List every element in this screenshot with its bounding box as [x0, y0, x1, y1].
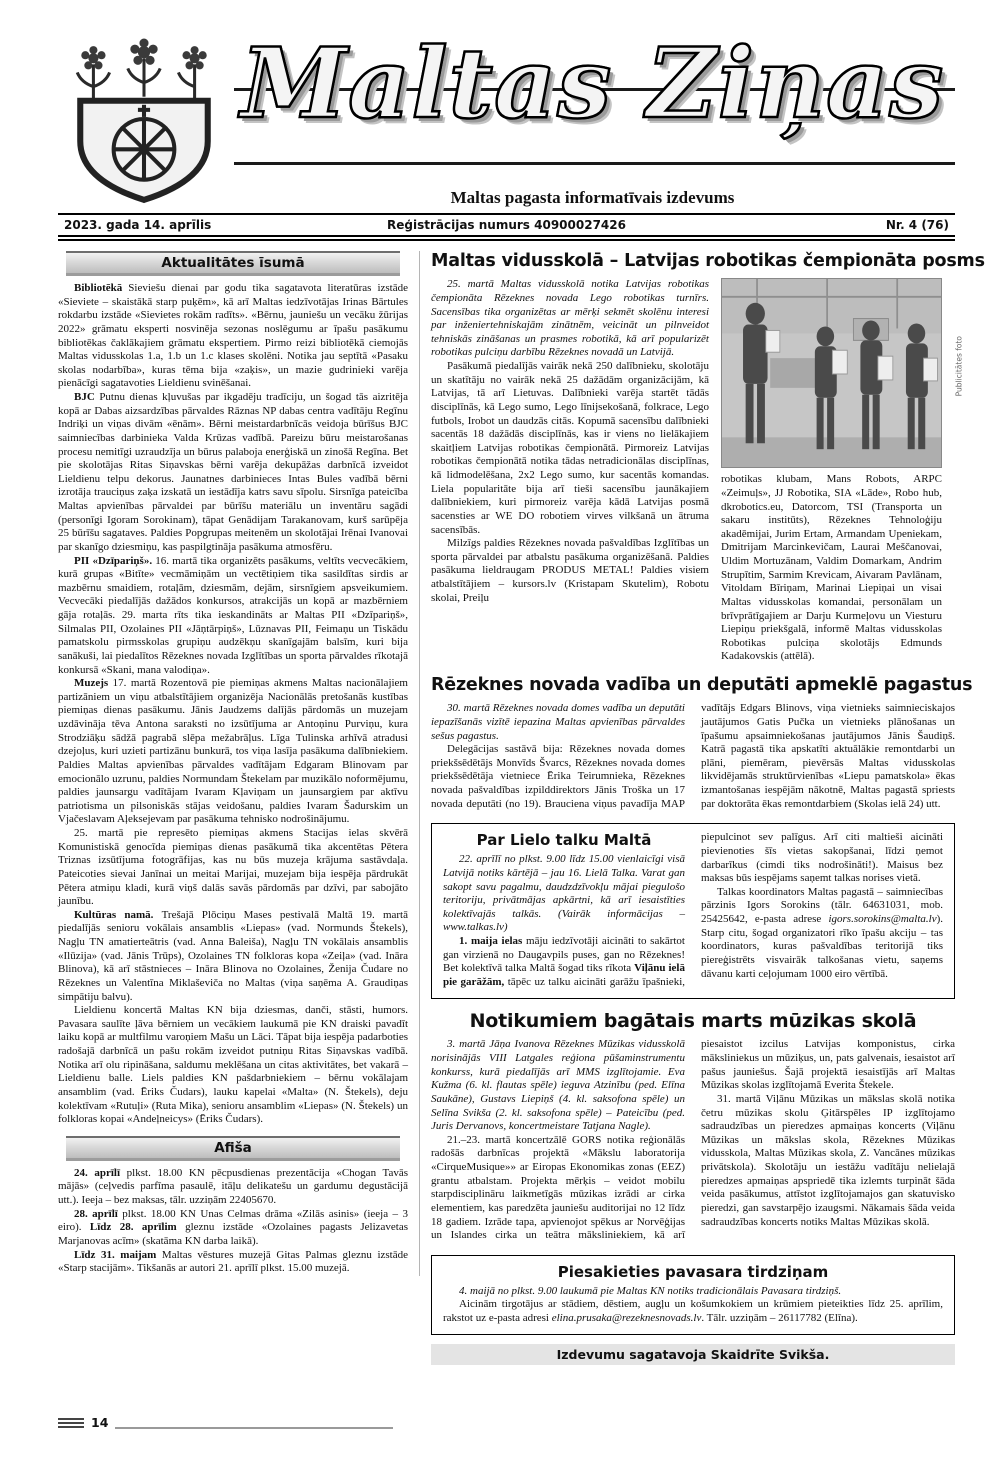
main-area: Maltas vidusskolā – Latvijas robotikas č…: [420, 251, 955, 1365]
robotics-column-1: 25. martā Maltas vidusskolā notika Latvi…: [431, 278, 709, 664]
registration-number: Reģistrācijas numurs 40900027426: [58, 218, 955, 232]
date-row: 2023. gada 14. aprīlis Reģistrācijas num…: [58, 215, 955, 235]
page-footer: 14: [58, 1415, 393, 1430]
paragraph: Līdz 31. maijam Maltas vēstures muzejā G…: [58, 1249, 408, 1276]
market-title: Piesakieties pavasara tirdziņam: [443, 1263, 943, 1281]
photo-credit-vertical: Publicitātes foto: [954, 336, 963, 396]
article-robotics-headline: Maltas vidusskolā – Latvijas robotikas č…: [431, 252, 955, 271]
footer-rule: [115, 1427, 393, 1429]
article-music-headline: Notikumiem bagātais marts mūzikas skolā: [431, 1011, 955, 1032]
paragraph: Pasākumā piedalījās vairāk nekā 250 dalī…: [431, 360, 709, 537]
talka-columns: Par Lielo talku Maltā 22. aprīlī no plks…: [443, 831, 943, 989]
paragraph: 4. maijā no plkst. 9.00 laukumā pie Malt…: [443, 1285, 943, 1299]
paragraph: PII «Dzīpariņš». 16. martā tika organizē…: [58, 555, 408, 678]
paragraph: BJC Putnu dienas kļuvušas par ikgadēju t…: [58, 391, 408, 555]
paragraph: Aicinām tirgotājus ar stādiem, dēstiem, …: [443, 1298, 943, 1325]
paragraph: Kultūras namā. Trešajā Plōciņu Mases pes…: [58, 909, 408, 1004]
paragraph: Lieldienu koncertā Maltas KN bija dziesm…: [58, 1004, 408, 1127]
page-number: 14: [91, 1415, 108, 1430]
market-body: 4. maijā no plkst. 9.00 laukumā pie Malt…: [443, 1285, 943, 1326]
footer-lines-icon: [58, 1422, 84, 1424]
double-rule: [58, 235, 955, 241]
paragraph: 22. aprīlī no plkst. 9.00 līdz 15.00 vie…: [443, 853, 685, 935]
paragraph: Muzejs 17. martā Rozentovā pie piemiņas …: [58, 677, 408, 827]
article-music: Notikumiem bagātais marts mūzikas skolā …: [431, 1011, 955, 1243]
paragraph: robotikas klubam, Mans Robots, ARPC «Zei…: [721, 473, 942, 664]
afisa-list: 24. aprīlī plkst. 18.00 KN pēcpusdienas …: [58, 1167, 408, 1276]
masthead-rule-bottom: [234, 162, 955, 165]
newspaper-page: Maltas Ziņas Maltas pagasta informatīvai…: [0, 0, 1000, 1464]
coat-of-arms-logo: [58, 36, 230, 208]
news-briefs: Bibliotēkā Sieviešu dienai par godu tika…: [58, 282, 408, 1127]
music-columns: 3. martā Jāņa Ivanova Rēzeknes Mūzikas v…: [431, 1038, 955, 1242]
section-header-afisa: Afiša: [66, 1136, 400, 1161]
paragraph: 3. martā Jāņa Ivanova Rēzeknes Mūzikas v…: [431, 1038, 685, 1133]
talka-title: Par Lielo talku Maltā: [443, 831, 685, 849]
paragraph: 25. martā pie represēto piemiņas akmens …: [58, 827, 408, 909]
market-box: Piesakieties pavasara tirdziņam 4. maijā…: [431, 1255, 955, 1335]
masthead-subtitle: Maltas pagasta informatīvais izdevums: [230, 188, 955, 208]
paragraph: 30. martā Rēzeknes novada domes vadība u…: [431, 702, 685, 743]
robotics-photo: [721, 278, 942, 468]
left-column: Aktualitātes īsumā Bibliotēkā Sieviešu d…: [58, 251, 420, 1276]
article-visit-headline: Rēzeknes novada vadība un deputāti apmek…: [431, 676, 955, 695]
section-header-aktualitates: Aktualitātes īsumā: [66, 251, 400, 276]
paragraph: 31. martā Viļānu Mūzikas un mākslas skol…: [701, 1093, 955, 1229]
talka-box: Par Lielo talku Maltā 22. aprīlī no plks…: [431, 823, 955, 998]
visit-columns: 30. martā Rēzeknes novada domes vadība u…: [431, 702, 955, 811]
robotics-column-2: Publicitātes foto robotikas klubam, Mans…: [721, 278, 955, 664]
paragraph: Bibliotēkā Sieviešu dienai par godu tika…: [58, 282, 408, 391]
masthead-title: Maltas Ziņas: [230, 22, 955, 147]
paragraph: 24. aprīlī plkst. 18.00 KN pēcpusdienas …: [58, 1167, 408, 1208]
article-robotics: Maltas vidusskolā – Latvijas robotikas č…: [431, 252, 955, 664]
paragraph: Milzīgs paldies Rēzeknes novada pašvaldī…: [431, 537, 709, 605]
credit-bar: Izdevumu sagatavoja Skaidrīte Svikša.: [431, 1344, 955, 1365]
paragraph: Talkas koordinators Maltas pagastā – sai…: [701, 886, 943, 981]
masthead: Maltas Ziņas Maltas pagasta informatīvai…: [58, 36, 955, 208]
paragraph: 25. martā Maltas vidusskolā notika Latvi…: [431, 278, 709, 360]
paragraph: 28. aprīlī plkst. 18.00 KN Unas Celmas d…: [58, 1208, 408, 1249]
article-visit: Rēzeknes novada vadība un deputāti apmek…: [431, 676, 955, 811]
